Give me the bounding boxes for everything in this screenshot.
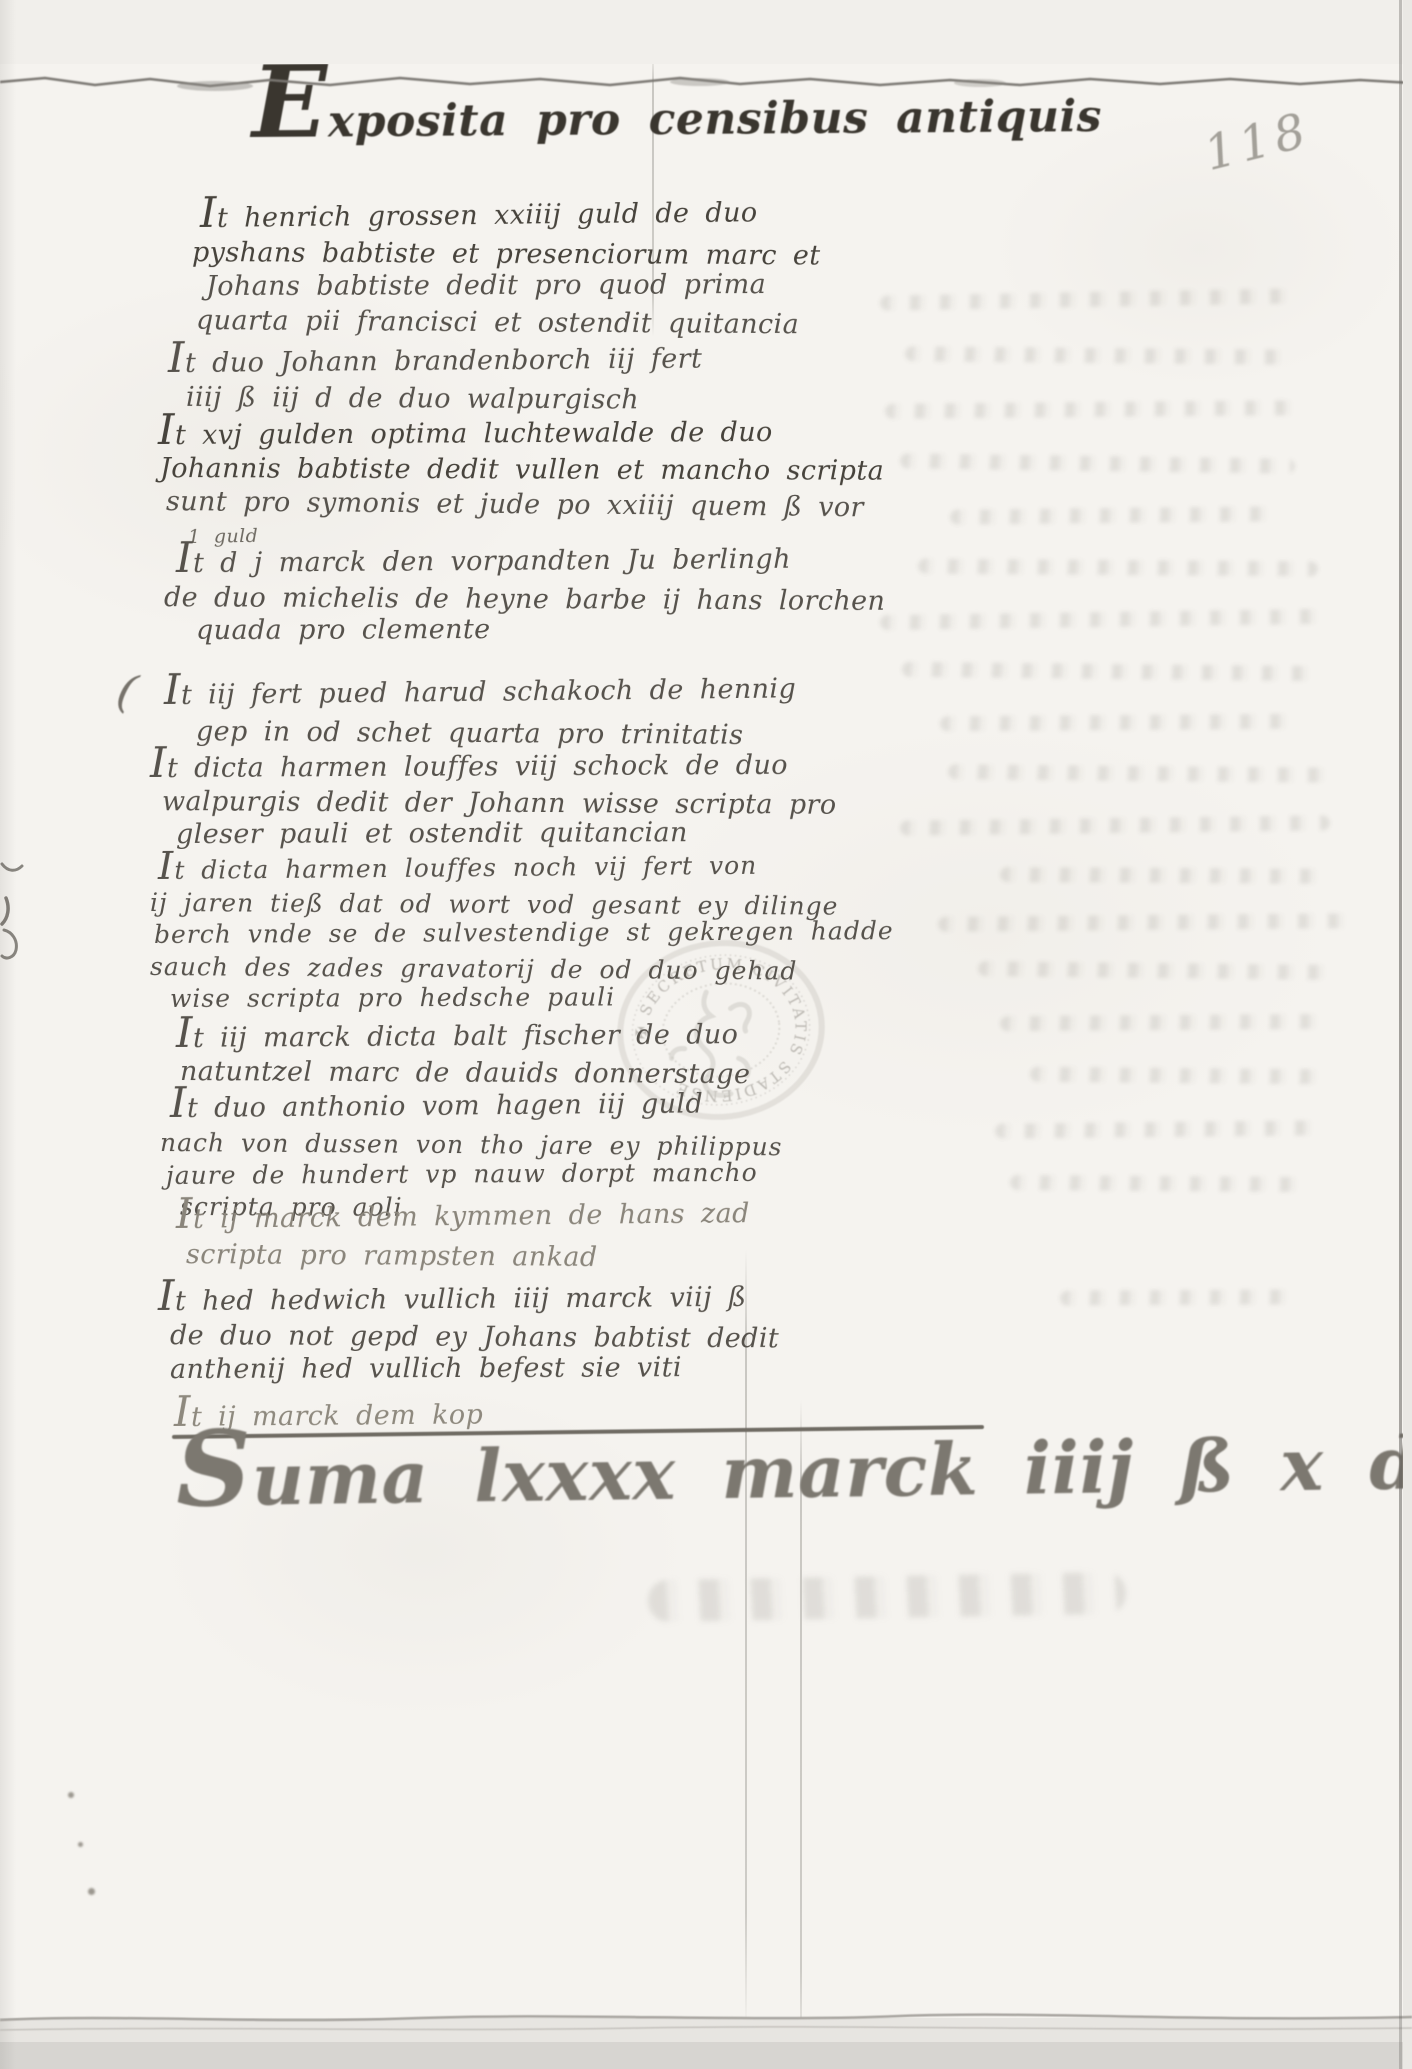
- ledger-line: gleser pauli et ostendit quitancian: [176, 819, 688, 849]
- ledger-line: gep in od schet quarta pro trinitatis: [196, 718, 744, 750]
- ledger-line: It henrich grossen xxiiij guld de duo: [200, 199, 758, 233]
- page-title: Exposita pro censibus antiquis: [252, 93, 1102, 147]
- manuscript-scan: ✠ SECRETUM CIVITATIS STADIENSE Exposita …: [0, 0, 1412, 2069]
- bleedthrough-line: [918, 559, 1318, 577]
- left-edge-shadow: [0, 0, 16, 2069]
- ledger-line: It duo Johann brandenborch iij fert: [168, 345, 702, 378]
- ink-speck: [78, 1842, 83, 1847]
- scan-background-bottom: [0, 2042, 1412, 2069]
- ledger-line: wise scripta pro hedsche pauli: [170, 984, 615, 1012]
- ledger-line: sauch des zades gravatorij de od duo geh…: [150, 954, 798, 985]
- ledger-line: natuntzel marc de dauids donnerstage: [180, 1058, 750, 1089]
- fold-crease: [745, 1250, 747, 2030]
- ledger-line: de duo michelis de heyne barbe ij hans l…: [164, 584, 885, 616]
- ledger-line: It iij marck dicta balt fischer de duo: [176, 1021, 739, 1053]
- bleedthrough-line: [1010, 1175, 1310, 1192]
- ledger-line: berch vnde se de sulvestendige st gekreg…: [154, 918, 894, 948]
- ledger-line: It xvj gulden optima luchtewalde de duo: [158, 419, 773, 451]
- bleedthrough-summa-line: [648, 1572, 1127, 1622]
- ink-speck: [68, 1792, 74, 1798]
- bleedthrough-line: [1000, 1014, 1320, 1031]
- ledger-line: It iij fert pued harud schakoch de henni…: [164, 675, 796, 710]
- ledger-line: Johannis babtiste dedit vullen et mancho…: [160, 455, 884, 486]
- ledger-line: jaure de hundert vp nauw dorpt mancho: [166, 1160, 758, 1189]
- ledger-line: It ij marck dem kymmen de hans zad: [176, 1200, 750, 1234]
- summa-line: Suma lxxxx marck iiij ß x d: [176, 1427, 1412, 1516]
- ledger-line: sunt pro symonis et jude po xxiiij quem …: [166, 488, 864, 522]
- scan-background-right: [1403, 0, 1412, 2069]
- ledger-line: ij jaren tieß dat od wort vod gesant ey …: [150, 890, 839, 920]
- ledger-line: scripta pro rampsten ankad: [186, 1241, 598, 1272]
- bleedthrough-line: [1030, 1067, 1320, 1085]
- ledger-line: It dicta harmen louffes noch vij fert vo…: [158, 853, 757, 884]
- ledger-line: anthenij hed vullich befest sie viti: [170, 1354, 682, 1384]
- ledger-line: walpurgis dedit der Johann wisse scripta…: [162, 788, 837, 820]
- ledger-line: pyshans babtiste et presenciorum marc et: [192, 239, 821, 271]
- bottom-paper-edge: [0, 2006, 1412, 2036]
- ledger-line: de duo not gepd ey Johans babtist dedit: [170, 1322, 779, 1354]
- ink-speck: [88, 1888, 95, 1895]
- ledger-line: It duo anthonio vom hagen iij guld: [170, 1090, 703, 1123]
- bleedthrough-line: [940, 714, 1300, 732]
- right-paper-edge: [1399, 0, 1402, 2069]
- torn-top-edge: [0, 52, 1412, 96]
- interlinear-note: 1 guld: [188, 527, 259, 548]
- ledger-line: quada pro clemente: [196, 616, 491, 645]
- ledger-line: It hed hedwich vullich iiij marck viij ß: [158, 1284, 747, 1316]
- bleedthrough-line: [1060, 1289, 1300, 1305]
- ledger-line: quarta pii francisci et ostendit quitanc…: [196, 307, 799, 340]
- ledger-line: It d j marck den vorpandten Ju berlingh: [176, 546, 791, 579]
- ledger-line: iiij ß iij d de duo walpurgisch: [186, 384, 639, 415]
- ledger-line: Johans babtiste dedit pro quod prima: [206, 271, 766, 301]
- ledger-line: It dicta harmen louffes viij schock de d…: [150, 752, 788, 784]
- bleedthrough-line: [1000, 867, 1330, 884]
- ledger-line: nach von dussen von tho jare ey philippu…: [160, 1130, 783, 1161]
